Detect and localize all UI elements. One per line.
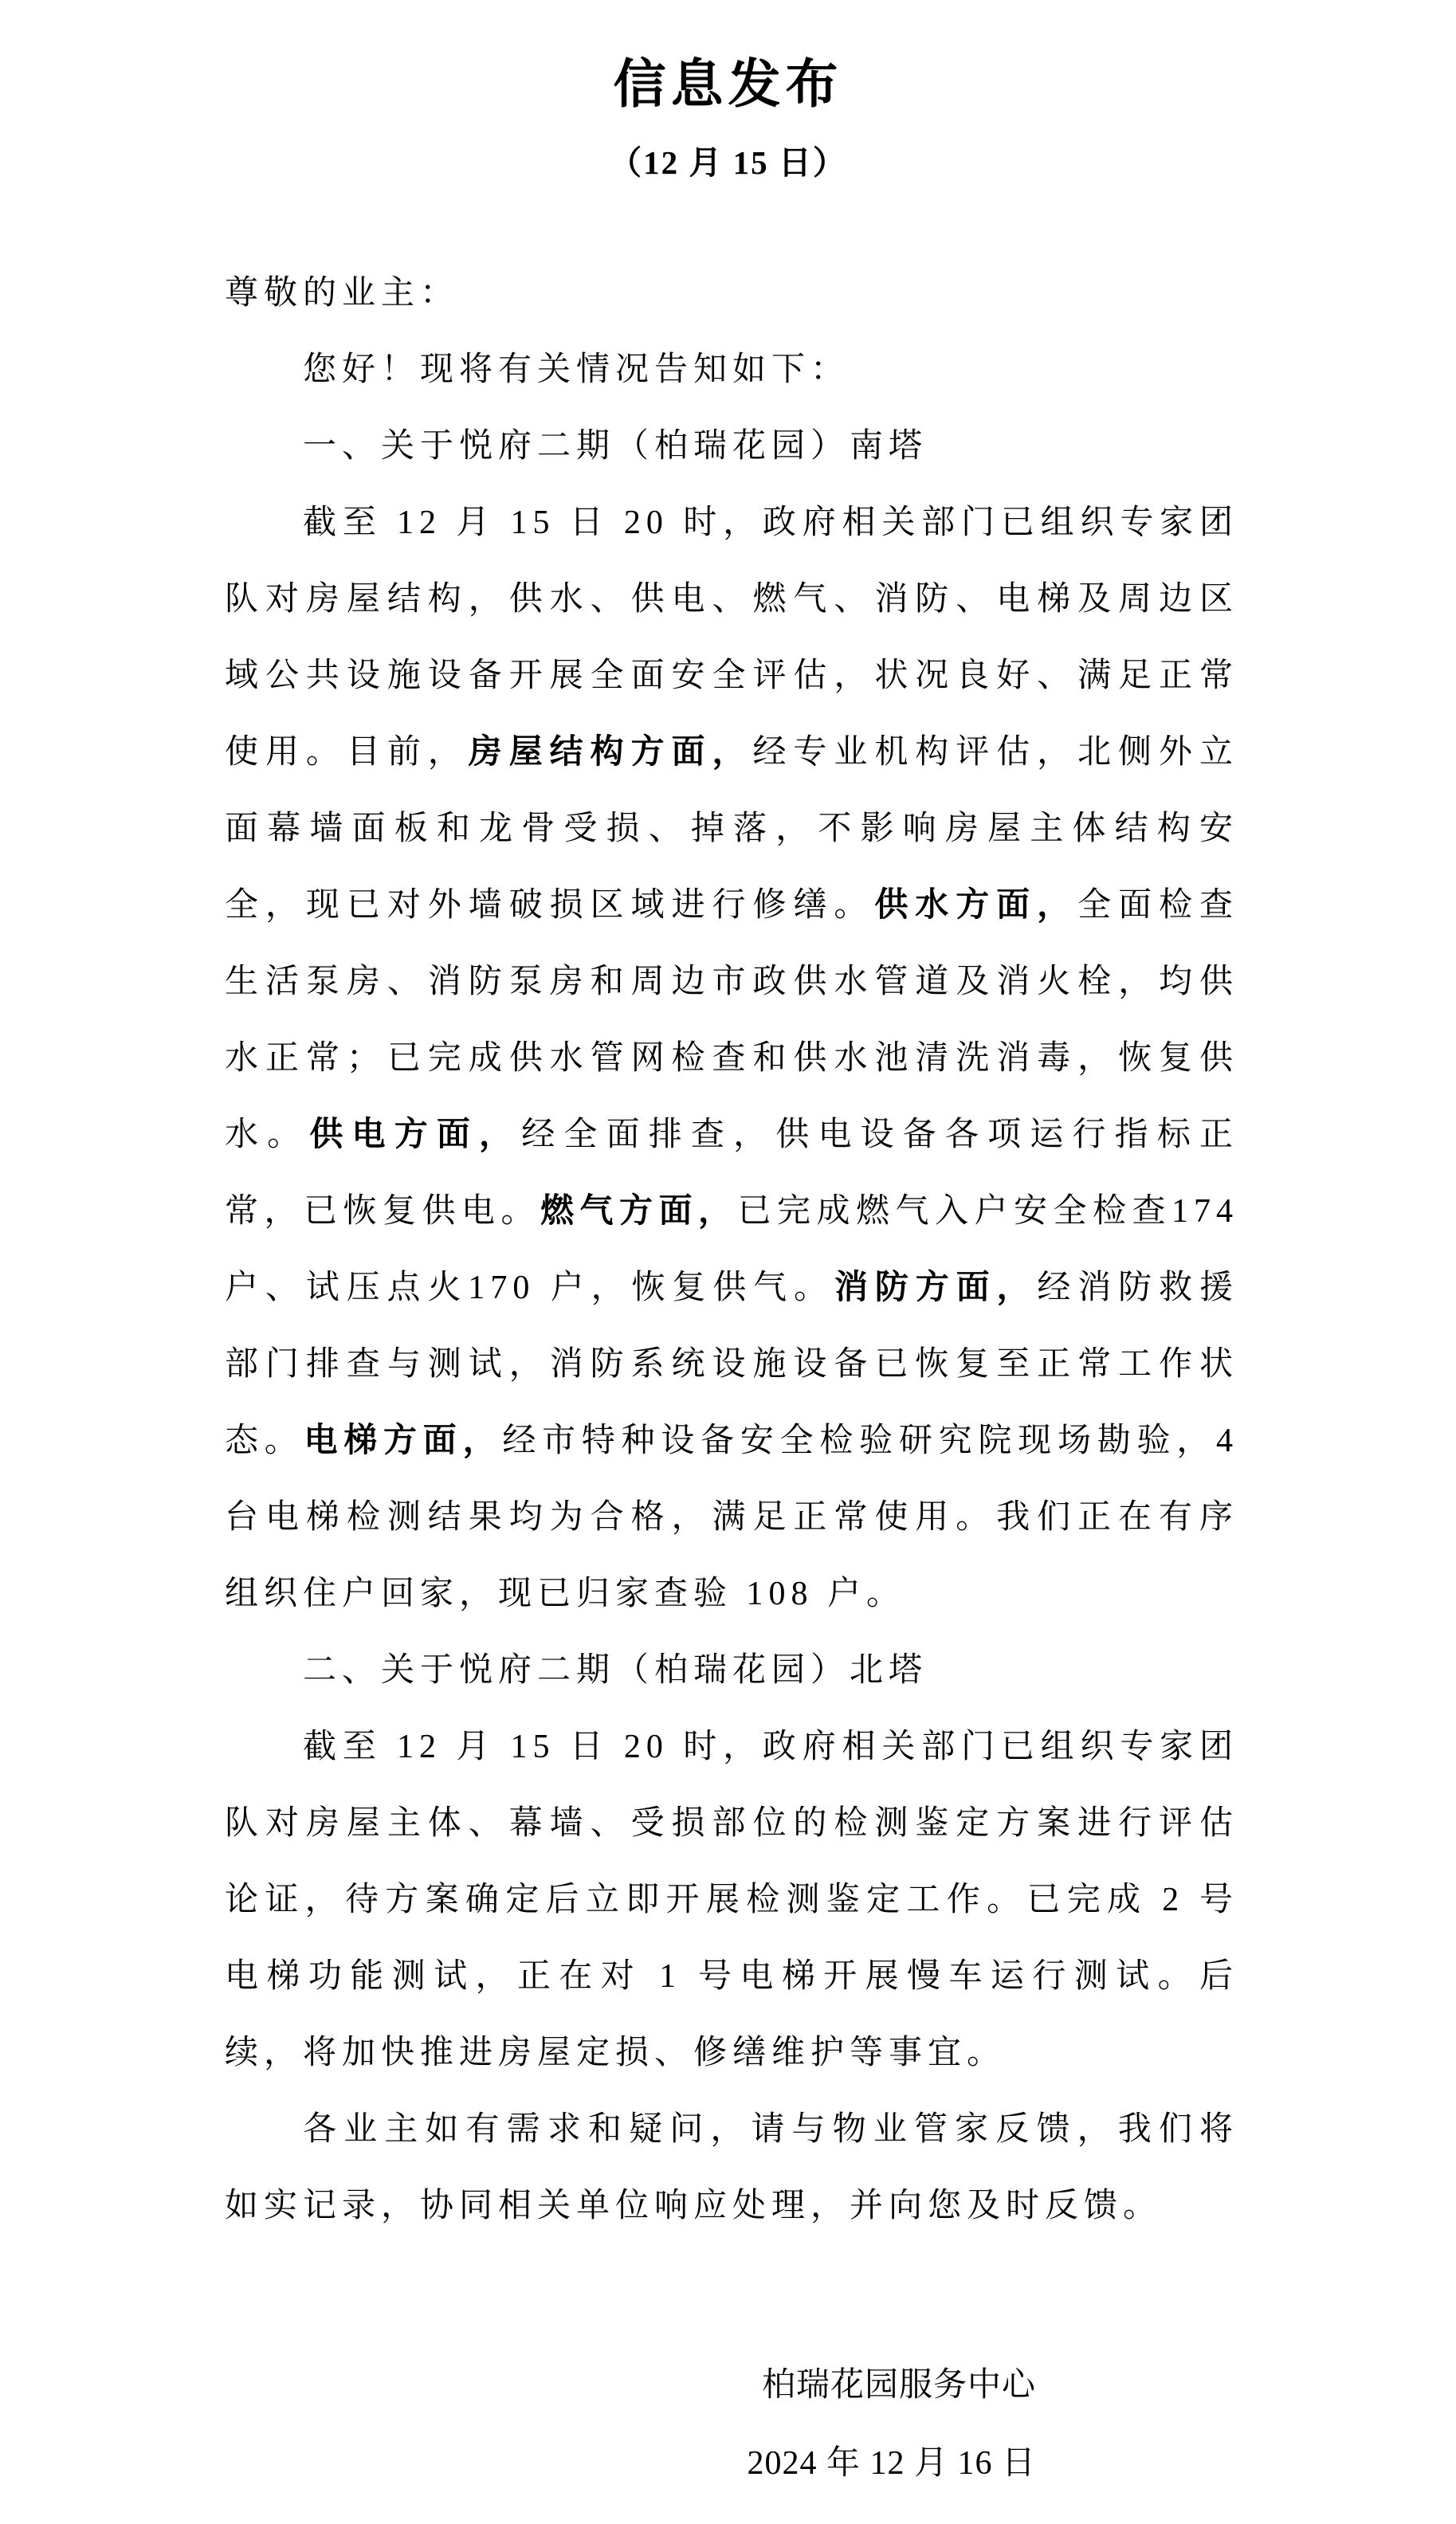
- text-run: 二、关于悦府二期（柏瑞花园）北塔: [303, 1652, 928, 1689]
- signature-block: 柏瑞花园服务中心 2024 年 12 月 16 日: [0, 2346, 1036, 2502]
- bold-text-run: 房屋结构方面，: [469, 734, 753, 771]
- paragraph: 尊敬的业主：: [225, 255, 1238, 332]
- text-run: 全面检查生活泵房、消防泵房和周边市政供水管道及消火栓，均供水正常；已完成供水管网…: [225, 887, 1238, 1153]
- paragraph: 各业主如有需求和疑问，请与物业管家反馈，我们将如实记录，协同相关单位响应处理，并…: [225, 2091, 1238, 2244]
- text-run: 截至 12 月 15 日 20 时，政府相关部门已组织专家团队对房屋结构，供水、…: [225, 504, 1238, 771]
- bold-text-run: 供电方面，: [309, 1117, 521, 1153]
- paragraph: 二、关于悦府二期（柏瑞花园）北塔: [225, 1632, 1238, 1709]
- text-run: 各业主如有需求和疑问，请与物业管家反馈，我们将如实记录，协同相关单位响应处理，并…: [225, 2111, 1238, 2224]
- paragraph: 您好！现将有关情况告知如下：: [225, 332, 1238, 408]
- bold-text-run: 燃气方面，: [540, 1193, 738, 1230]
- text-run: 截至 12 月 15 日 20 时，政府相关部门已组织专家团队对房屋主体、幕墙、…: [225, 1729, 1238, 2071]
- bold-text-run: 电梯方面，: [304, 1423, 503, 1459]
- paragraph: 一、关于悦府二期（柏瑞花园）南塔: [225, 408, 1238, 485]
- page-subtitle: （12 月 15 日）: [0, 146, 1456, 179]
- text-run: 您好！现将有关情况告知如下：: [303, 351, 850, 388]
- bold-text-run: 消防方面，: [834, 1270, 1037, 1306]
- bold-text-run: 供水方面，: [874, 887, 1077, 924]
- signature-date: 2024 年 12 月 16 日: [0, 2424, 1036, 2502]
- signature-org: 柏瑞花园服务中心: [0, 2346, 1036, 2424]
- paragraph: 截至 12 月 15 日 20 时，政府相关部门已组织专家团队对房屋主体、幕墙、…: [225, 1709, 1238, 2091]
- document-body: 尊敬的业主：您好！现将有关情况告知如下：一、关于悦府二期（柏瑞花园）南塔截至 1…: [225, 255, 1238, 2244]
- page-title: 信息发布: [0, 0, 1456, 112]
- text-run: 尊敬的业主：: [225, 275, 459, 312]
- paragraph: 截至 12 月 15 日 20 时，政府相关部门已组织专家团队对房屋结构，供水、…: [225, 485, 1238, 1632]
- notice-document: 信息发布 （12 月 15 日） 尊敬的业主：您好！现将有关情况告知如下：一、关…: [0, 0, 1456, 2524]
- text-run: 一、关于悦府二期（柏瑞花园）南塔: [303, 428, 928, 465]
